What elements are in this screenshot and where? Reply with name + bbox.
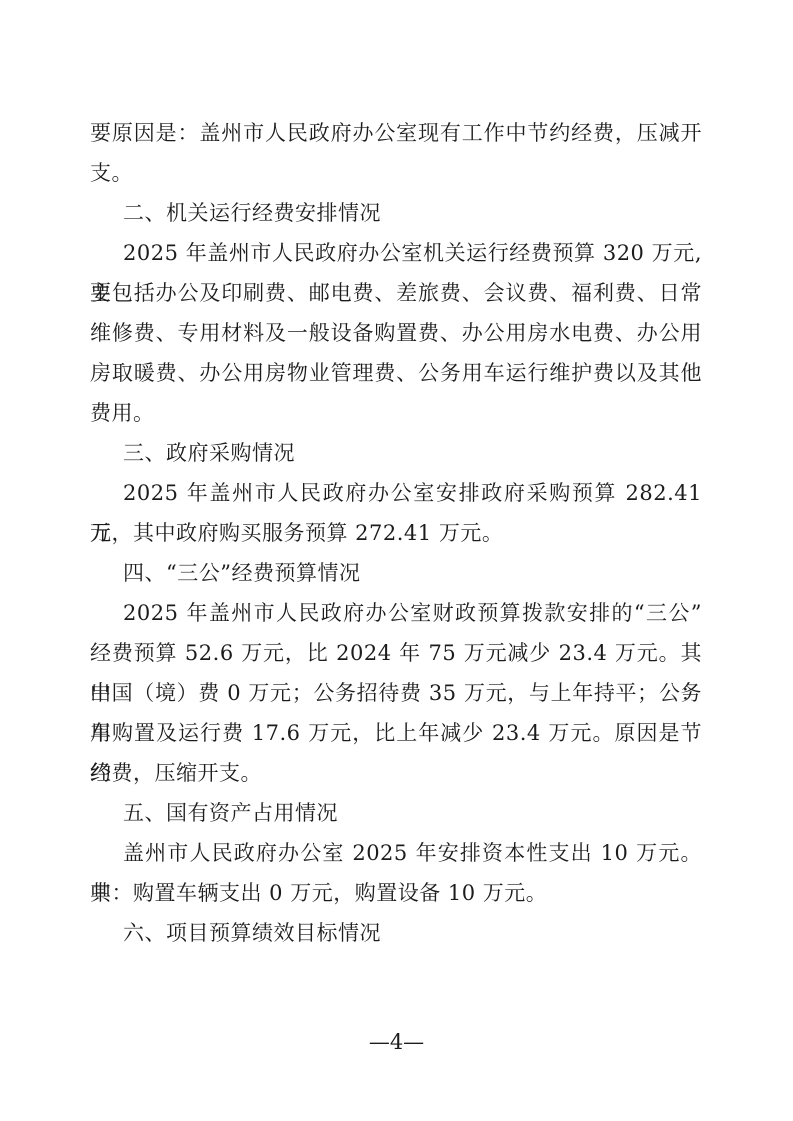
document-body: 要原因是：盖州市人民政府办公室现有工作中节约经费，压减开 支。 二、机关运行经费… xyxy=(90,113,702,953)
document-page: 要原因是：盖州市人民政府办公室现有工作中节约经费，压减开 支。 二、机关运行经费… xyxy=(0,0,793,1121)
paragraph-line: 费用。 xyxy=(90,393,702,433)
page-number: —4— xyxy=(0,1022,793,1062)
paragraph-line: 2025 年盖州市人民政府办公室财政预算拨款安排的“三公” xyxy=(90,593,702,633)
paragraph-line: 元，其中政府购买服务预算 272.41 万元。 xyxy=(90,513,702,553)
paragraph-line: 出国（境）费 0 万元；公务招待费 35 万元，与上年持平；公务用 xyxy=(90,673,702,713)
paragraph-continuation-line: 支。 xyxy=(90,153,702,193)
paragraph-line: 2025 年盖州市人民政府办公室安排政府采购预算 282.41 万 xyxy=(90,473,702,513)
paragraph-line: 盖州市人民政府办公室 2025 年安排资本性支出 10 万元。其 xyxy=(90,833,702,873)
paragraph-continuation-line: 要原因是：盖州市人民政府办公室现有工作中节约经费，压减开 xyxy=(90,113,702,153)
paragraph-line: 2025 年盖州市人民政府办公室机关运行经费预算 320 万元,主 xyxy=(90,233,702,273)
paragraph-line: 维修费、专用材料及一般设备购置费、办公用房水电费、办公用 xyxy=(90,313,702,353)
paragraph-line: 车购置及运行费 17.6 万元，比上年减少 23.4 万元。原因是节约 xyxy=(90,713,702,753)
paragraph-line: 要包括办公及印刷费、邮电费、差旅费、会议费、福利费、日常 xyxy=(90,273,702,313)
paragraph-line: 经费预算 52.6 万元，比 2024 年 75 万元减少 23.4 万元。其中… xyxy=(90,633,702,673)
section-heading-3: 三、政府采购情况 xyxy=(90,433,702,473)
section-heading-2: 二、机关运行经费安排情况 xyxy=(90,193,702,233)
paragraph-line: 房取暖费、办公用房物业管理费、公务用车运行维护费以及其他 xyxy=(90,353,702,393)
section-heading-4: 四、“三公”经费预算情况 xyxy=(90,553,702,593)
section-heading-6: 六、项目预算绩效目标情况 xyxy=(90,913,702,953)
section-heading-5: 五、国有资产占用情况 xyxy=(90,793,702,833)
paragraph-line: 中：购置车辆支出 0 万元，购置设备 10 万元。 xyxy=(90,873,702,913)
paragraph-line: 经费，压缩开支。 xyxy=(90,753,702,793)
